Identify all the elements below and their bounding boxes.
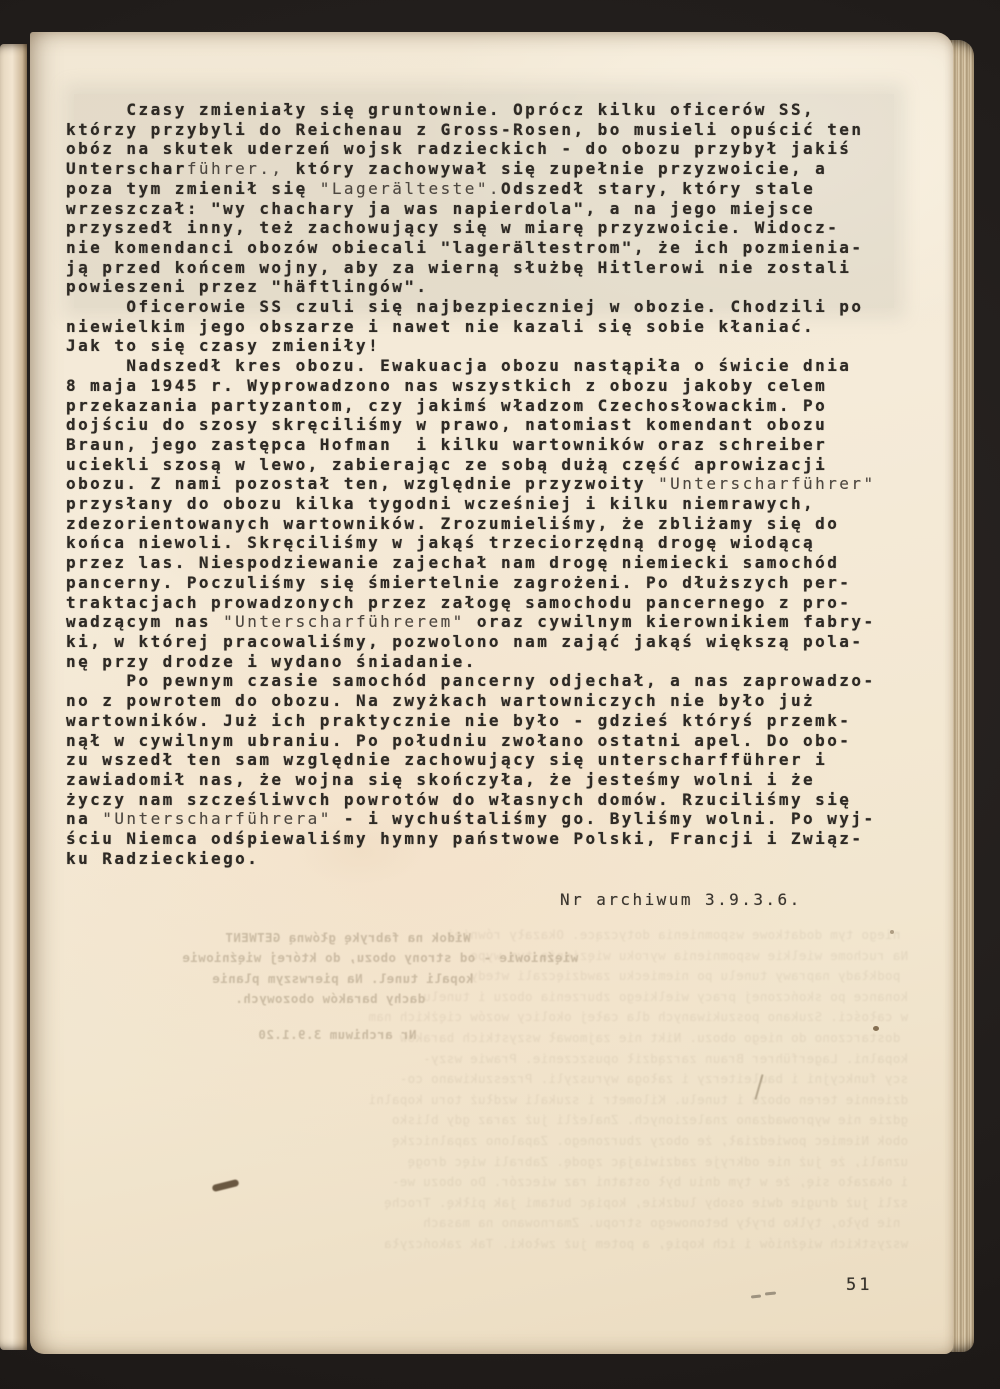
text-line: zdezorientowanych wartowników. Zrozumiel… (66, 514, 926, 534)
text-segment: "Unterscharführer" (658, 474, 876, 493)
pencil-mark (751, 1294, 761, 1298)
text-segment: przez las. Niespodziewanie zajechał nam … (66, 553, 839, 572)
text-segment: - i wychuśtaliśmy go. Byliśmy wolni. Po … (344, 809, 876, 828)
text-segment: führer., (187, 159, 296, 178)
text-segment: Czasy zmieniały się gruntownie. Oprócz k… (66, 100, 815, 119)
bleedthrough-line: dostarczono do niego obozu. Nikt nie zaj… (64, 1028, 916, 1049)
text-line: życzy nam szcześliwvch powrotów do własn… (66, 790, 926, 810)
text-line: ściu Niemca odśpiewaliśmy hymny państwow… (66, 829, 926, 849)
bleedthrough-line: obok Niemiec powiedział, że obozy zburzo… (64, 1131, 916, 1152)
text-line: no z powrotem do obozu. Na zwyżkach wart… (66, 691, 926, 711)
bleedthrough-caption: kopali tunel. Na pierwszym planie (212, 972, 474, 986)
text-segment: przekazania partyzantom, czy jakimś wład… (66, 396, 827, 415)
bleedthrough-text-block: niego tym dodatkowe wspomnienia dotycząc… (64, 925, 916, 1255)
text-line: ku Radzieckiego. (66, 849, 926, 869)
page-number: 51 (846, 1275, 872, 1295)
text-line: ją przed końcem wojny, aby za wierną słu… (66, 258, 926, 278)
text-line: nę przy drodze i wydano śniadanie. (66, 652, 926, 672)
text-line: Czasy zmieniały się gruntownie. Oprócz k… (66, 100, 926, 120)
text-segment: życzy nam szcześliwvch powrotów do własn… (66, 790, 851, 809)
text-line: wrzeszczał: "wy chachary ja was napierdo… (66, 199, 926, 219)
text-segment: ją przed końcem wojny, aby za wierną słu… (66, 258, 851, 277)
text-line: którzy przybyli do Reichenau z Gross-Ros… (66, 120, 926, 140)
text-segment: zawiadomił nas, że wojna się skończyła, … (66, 770, 815, 789)
text-line: przekazania partyzantom, czy jakimś wład… (66, 396, 926, 416)
text-line: uciekli szosą w lewo, zabierając ze sobą… (66, 455, 926, 475)
bleedthrough-caption: Nr archiwum 3.9.1.20 (258, 1028, 417, 1042)
text-segment: Braun, jego zastępca Hofman i kilku wart… (66, 435, 827, 454)
text-line: nie komendanci obozów obiecali "lagerält… (66, 238, 926, 258)
bleedthrough-line: gdzie nie wyprowadzano znalezionych. Zna… (64, 1110, 916, 1131)
pencil-mark (765, 1291, 776, 1295)
text-segment: ki, w której pracowaliśmy, pozwolono nam… (66, 632, 863, 651)
paper-speck (873, 1026, 879, 1031)
document-page: niego tym dodatkowe wspomnienia dotycząc… (30, 32, 953, 1354)
text-segment: zu wszedł ten sam względnie zachowujący … (66, 750, 827, 769)
text-line: Oficerowie SS czuli się najbezpieczniej … (66, 297, 926, 317)
text-line: Nadszedł kres obozu. Ewakuacja obozu nas… (66, 356, 926, 376)
bleedthrough-line: kopalni. Lagerführer Braun zarządził opu… (64, 1049, 916, 1070)
text-line: niewielkim jego obszarze i nawet nie kaz… (66, 317, 926, 337)
text-segment: Nadszedł kres obozu. Ewakuacja obozu nas… (66, 356, 851, 375)
text-line: poza tym zmienił się "Lagerälteste".Odsz… (66, 179, 926, 199)
text-line: Braun, jego zastępca Hofman i kilku wart… (66, 435, 926, 455)
bleedthrough-caption: więźniowie - od strony obozu, do której … (182, 951, 578, 965)
text-line: traktacjach prowadzonych przez załogę sa… (66, 593, 926, 613)
text-segment: który zachowywał się zupełnie przyzwoici… (296, 159, 828, 178)
text-line: końca niewoli. Skręciliśmy w jakąś trzec… (66, 533, 926, 553)
text-line: wadzącym nas "Unterscharführerem" oraz c… (66, 612, 926, 632)
text-line: Unterscharführer., który zachowywał się … (66, 159, 926, 179)
text-segment: niewielkim jego obszarze i nawet nie kaz… (66, 317, 815, 336)
text-segment: Jak to się czasy zmieniły! (66, 336, 380, 355)
text-segment: "Unterscharführerem" (223, 612, 477, 631)
text-segment: nę przy drodze i wydano śniadanie. (66, 652, 477, 671)
book-scan: niego tym dodatkowe wspomnienia dotycząc… (0, 0, 1000, 1389)
text-segment: przyszedł inny, też zachowujący się w mi… (66, 218, 839, 237)
bleedthrough-line: niego tym dodatkowe wspomnienia dotycząc… (64, 925, 916, 946)
text-segment: traktacjach prowadzonych przez załogę sa… (66, 593, 851, 612)
text-line: przyszedł inny, też zachowujący się w mi… (66, 218, 926, 238)
text-segment: uciekli szosą w lewo, zabierając ze sobą… (66, 455, 827, 474)
previous-page-edge (0, 44, 27, 1350)
text-segment: Odszedł stary, który stale (501, 179, 815, 198)
text-segment: powieszeni przez "häftlingów". (66, 277, 428, 296)
text-segment: "Unterscharführera" (102, 809, 344, 828)
text-segment: na (66, 809, 102, 828)
bleedthrough-line: podkłady naprawy tunelu po niemiecku zaw… (64, 966, 916, 987)
text-line: pancerny. Poczuliśmy się śmiertelnie zag… (66, 573, 926, 593)
text-segment: nął w cywilnym ubraniu. Po południu zwoł… (66, 731, 851, 750)
text-segment: dojściu do szosy skręciliśmy w prawo, na… (66, 415, 827, 434)
text-segment: wartowników. Już ich praktycznie nie był… (66, 711, 851, 730)
text-segment: ściu Niemca odśpiewaliśmy hymny państwow… (66, 829, 863, 848)
text-segment: zdezorientowanych wartowników. Zrozumiel… (66, 514, 839, 533)
text-line: Po pewnym czasie samochód pancerny odjec… (66, 671, 926, 691)
text-line: obozu. Z nami pozostał ten, względnie pr… (66, 474, 926, 494)
text-line: 8 maja 1945 r. Wyprowadzono nas wszystki… (66, 376, 926, 396)
text-line: ki, w której pracowaliśmy, pozwolono nam… (66, 632, 926, 652)
text-segment: którzy przybyli do Reichenau z Gross-Ros… (66, 120, 863, 139)
bleedthrough-line: nie było, tylko bryły betonowego stropu.… (64, 1213, 916, 1234)
text-line: nął w cywilnym ubraniu. Po południu zwoł… (66, 731, 926, 751)
text-segment: 8 maja 1945 r. Wyprowadzono nas wszystki… (66, 376, 827, 395)
text-line: na "Unterscharführera" - i wychuśtaliśmy… (66, 809, 926, 829)
text-line: przysłany do obozu kilka tygodni wcześni… (66, 494, 926, 514)
bleedthrough-caption: dachy baraków obozowych. (235, 992, 425, 1006)
bleedthrough-line: scy funkcyjni i bauleiterzy i załoga wyr… (64, 1069, 916, 1090)
text-segment: Unterschar (66, 159, 187, 178)
paper-speck (890, 930, 894, 934)
bleedthrough-line: w całości. Szukano poszukiwanych dla cał… (64, 1007, 916, 1028)
text-line: Jak to się czasy zmieniły! (66, 336, 926, 356)
text-segment: nie komendanci obozów obiecali "lagerält… (66, 238, 863, 257)
text-line: dojściu do szosy skręciliśmy w prawo, na… (66, 415, 926, 435)
bleedthrough-line: dziennie teren obozu i tunelu. Kilometr … (64, 1090, 916, 1111)
text-segment: wrzeszczał: "wy chachary ja was napierdo… (66, 199, 815, 218)
text-segment: obóz na skutek uderzeń wojsk radzieckich… (66, 139, 851, 158)
bleedthrough-line: szli już drugie dwie osoby ludzkie, kopi… (64, 1193, 916, 1214)
text-line: obóz na skutek uderzeń wojsk radzieckich… (66, 139, 926, 159)
text-line: zu wszedł ten sam względnie zachowujący … (66, 750, 926, 770)
text-segment: końca niewoli. Skręciliśmy w jakąś trzec… (66, 533, 815, 552)
text-segment: przysłany do obozu kilka tygodni wcześni… (66, 494, 815, 513)
bleedthrough-line: i okazało się, że w tym dniu był ostatni… (64, 1172, 916, 1193)
bleedthrough-line: uznali, że już nie odkryje zadziwiając z… (64, 1152, 916, 1173)
text-segment: pancerny. Poczuliśmy się śmiertelnie zag… (66, 573, 851, 592)
text-segment: poza tym zmienił się (66, 179, 320, 198)
text-line: powieszeni przez "häftlingów". (66, 277, 926, 297)
bleedthrough-line: wszystkich więźniów i ich kopię, a potem… (64, 1234, 916, 1255)
text-line: wartowników. Już ich praktycznie nie był… (66, 711, 926, 731)
archive-number: Nr archiwum 3.9.3.6. (560, 890, 802, 909)
bleedthrough-caption: Widok na fabrykę główną GETWENT (225, 931, 471, 945)
text-segment: no z powrotem do obozu. Na zwyżkach wart… (66, 691, 815, 710)
text-segment: "Lagerälteste". (320, 179, 501, 198)
text-line: zawiadomił nas, że wojna się skończyła, … (66, 770, 926, 790)
text-segment: wadzącym nas (66, 612, 223, 631)
text-segment: obozu. Z nami pozostał ten, względnie pr… (66, 474, 658, 493)
text-segment: oraz cywilnym kierownikiem fabry- (477, 612, 876, 631)
bleedthrough-line: konance po skończonej pracy wielkiego zb… (64, 987, 916, 1008)
text-segment: Po pewnym czasie samochód pancerny odjec… (66, 671, 876, 690)
text-segment: ku Radzieckiego. (66, 849, 259, 868)
typewritten-text: Czasy zmieniały się gruntownie. Oprócz k… (66, 100, 926, 868)
text-line: przez las. Niespodziewanie zajechał nam … (66, 553, 926, 573)
text-segment: Oficerowie SS czuli się najbezpieczniej … (66, 297, 863, 316)
